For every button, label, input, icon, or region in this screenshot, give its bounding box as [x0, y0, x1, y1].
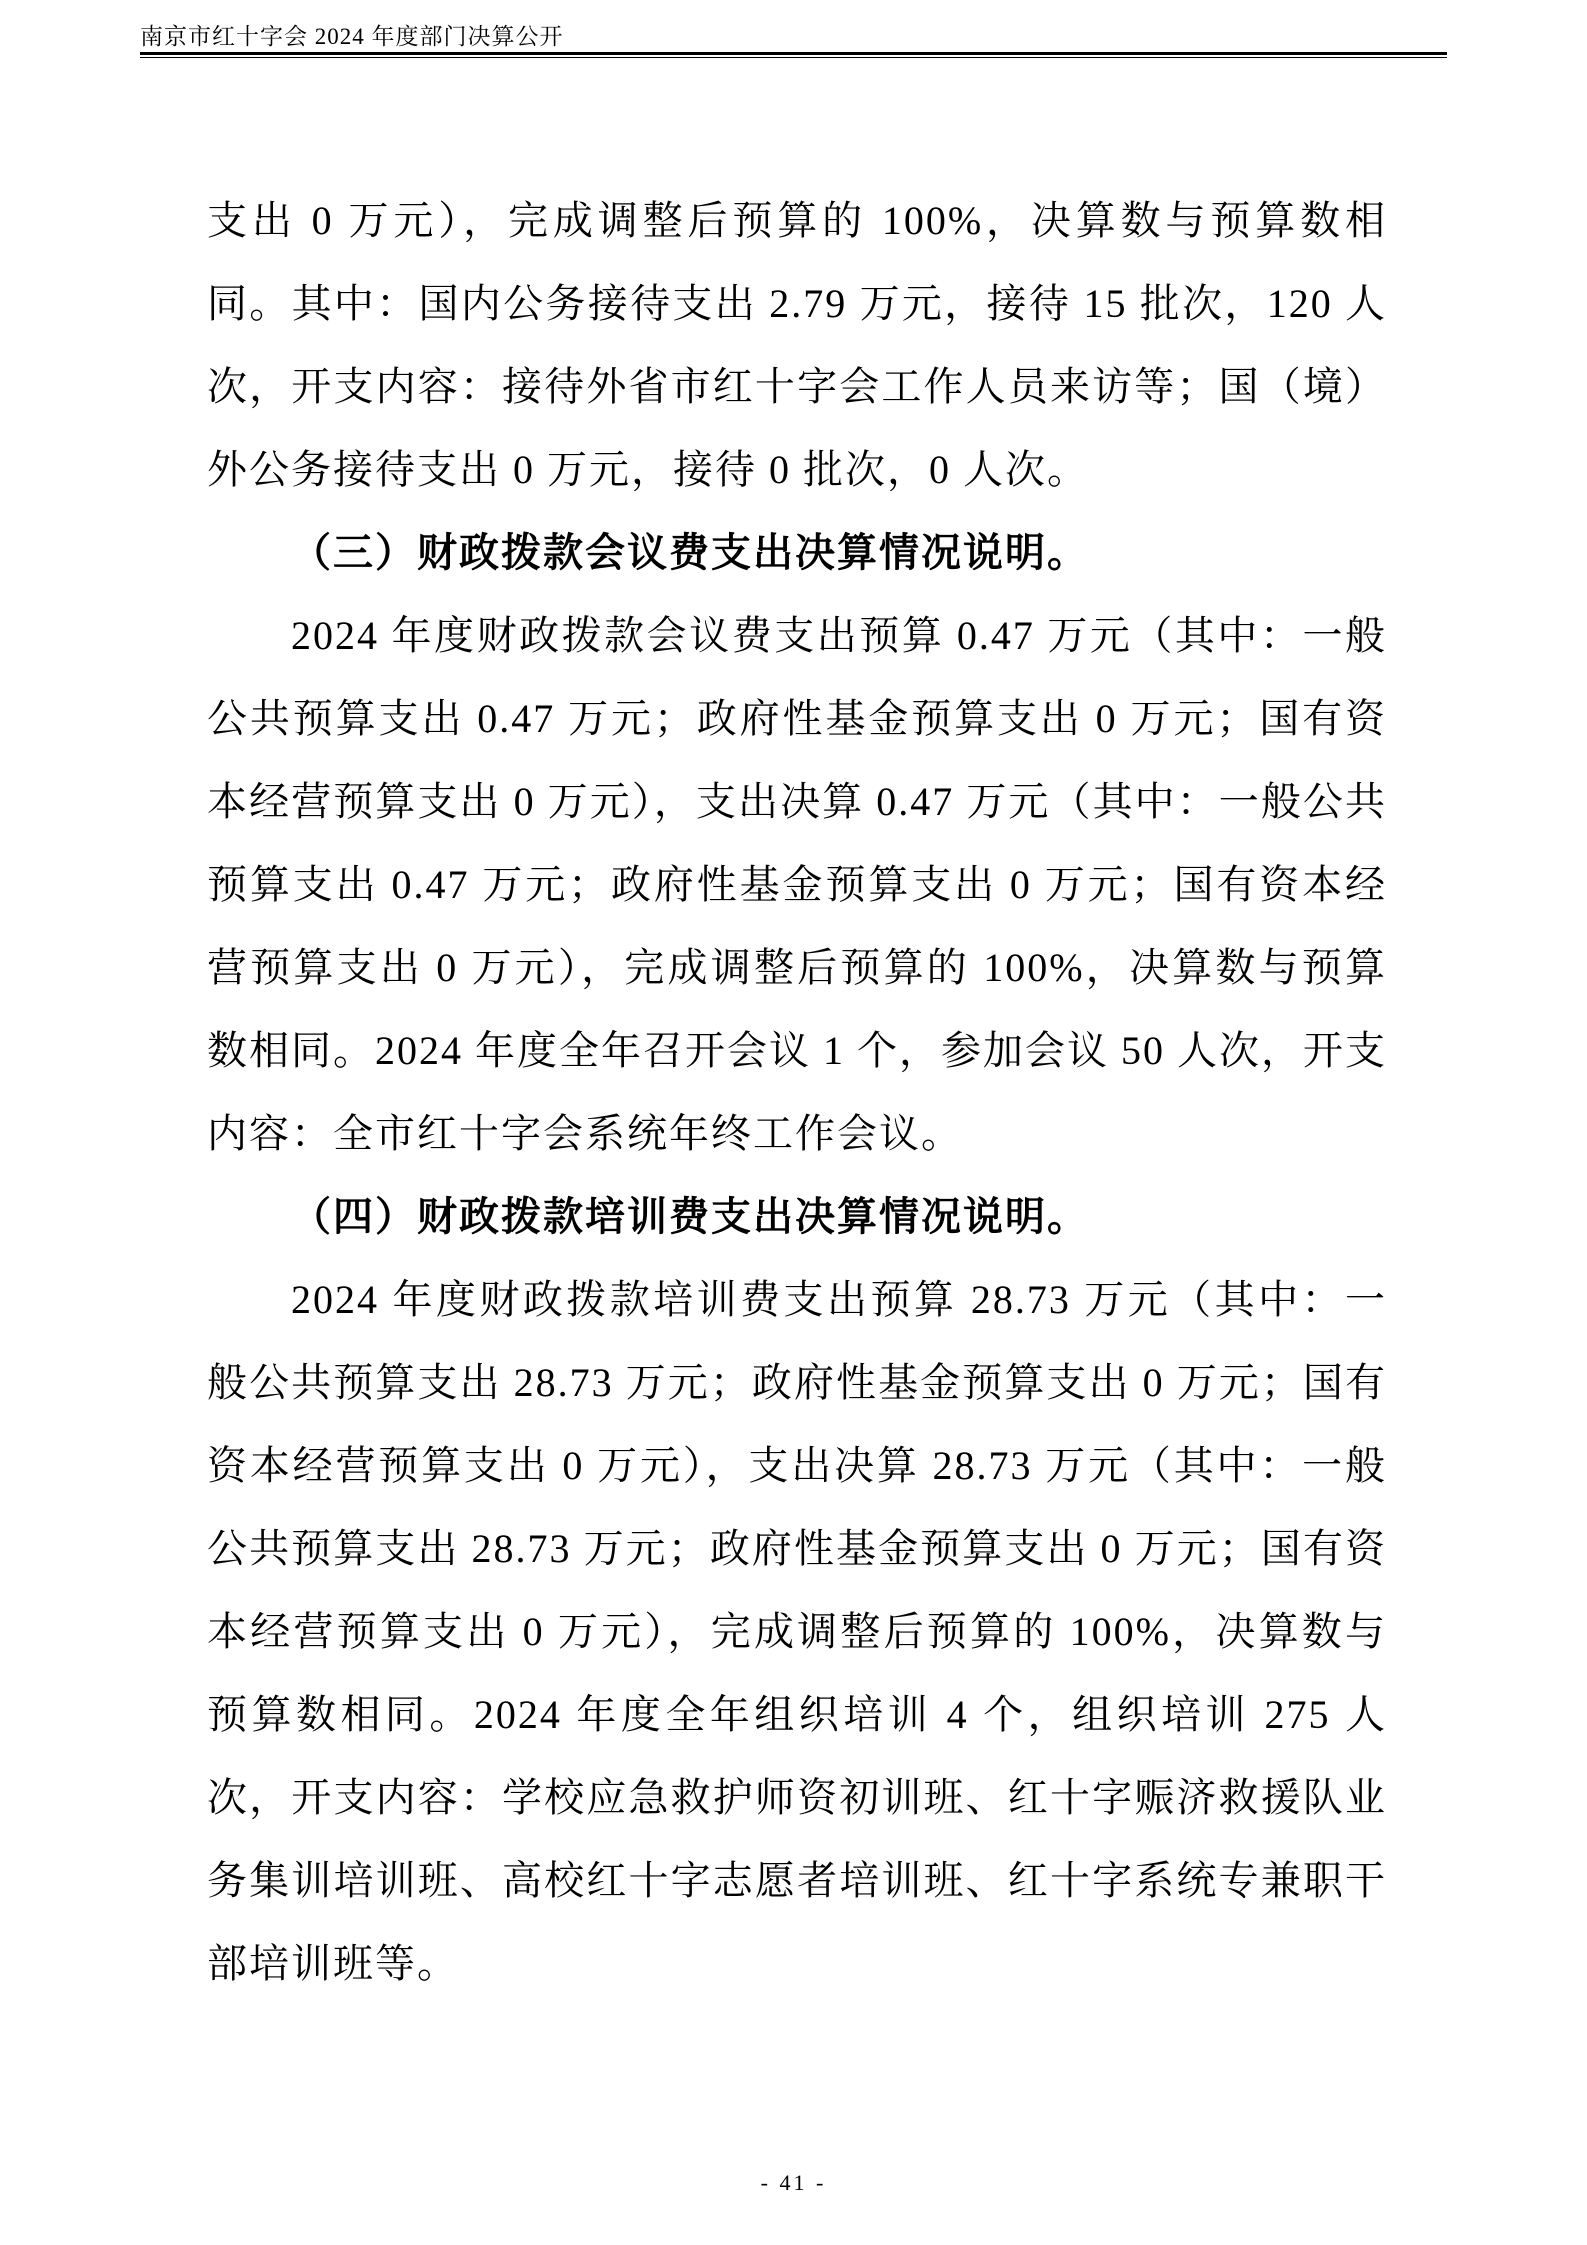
document-body: 支出 0 万元），完成调整后预算的 100%，决算数与预算数相同。其中：国内公务… — [207, 179, 1387, 2005]
page-number: - 41 - — [0, 2170, 1587, 2196]
paragraph-reception-continuation: 支出 0 万元），完成调整后预算的 100%，决算数与预算数相同。其中：国内公务… — [207, 179, 1387, 511]
paragraph-training-fee-details: 2024 年度财政拨款培训费支出预算 28.73 万元（其中：一般公共预算支出 … — [207, 1258, 1387, 2005]
page-header-title: 南京市红十字会 2024 年度部门决算公开 — [140, 18, 564, 51]
header-rule — [140, 52, 1447, 58]
document-page: 南京市红十字会 2024 年度部门决算公开 支出 0 万元），完成调整后预算的 … — [0, 0, 1587, 2245]
section-heading-3-meeting-fee: （三）财政拨款会议费支出决算情况说明。 — [207, 511, 1387, 594]
section-heading-4-training-fee: （四）财政拨款培训费支出决算情况说明。 — [207, 1175, 1387, 1258]
paragraph-meeting-fee-details: 2024 年度财政拨款会议费支出预算 0.47 万元（其中：一般公共预算支出 0… — [207, 594, 1387, 1175]
